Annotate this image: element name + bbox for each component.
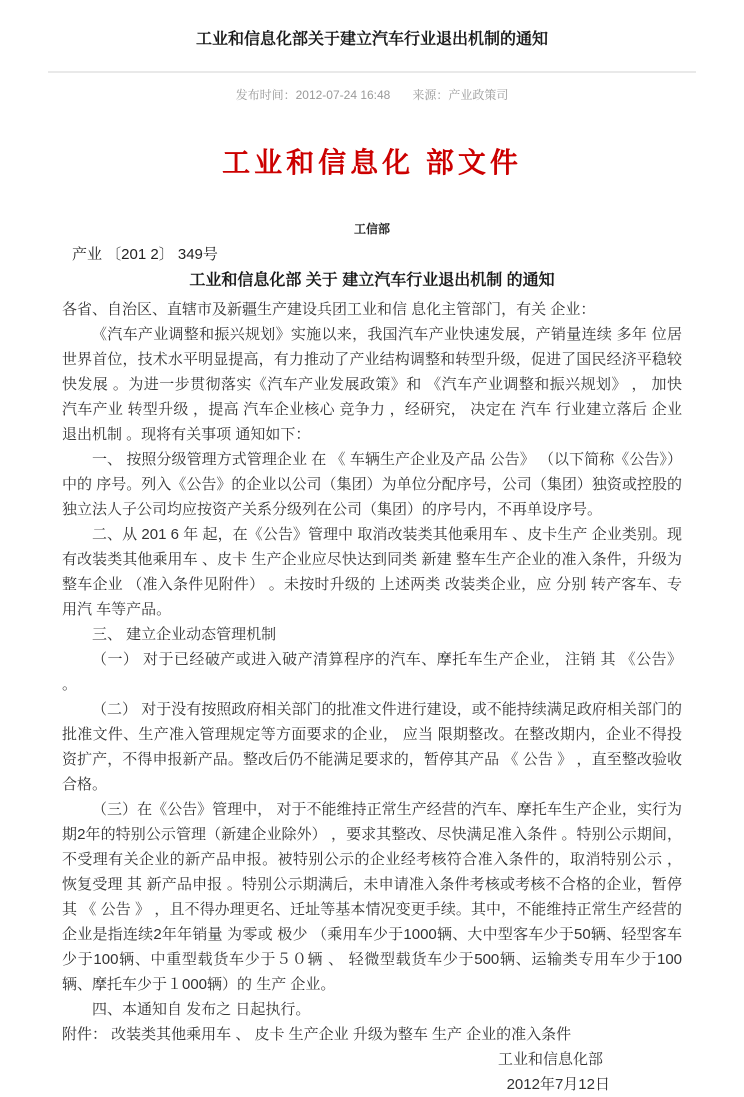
article-page: 工业和信息化部关于建立汽车行业退出机制的通知 发布时间：2012-07-24 1… bbox=[0, 11, 744, 1097]
signature-block: 工业和信息化部 2012年7月12日 bbox=[62, 1047, 682, 1097]
article-meta: 发布时间：2012-07-24 16:48来源：产业政策司 bbox=[0, 73, 744, 103]
paragraph-intro: 《汽车产业调整和振兴规划》实施以来，我国汽车产业快速发展，产销量连续 多年 位居… bbox=[62, 322, 682, 447]
source-value: 产业政策司 bbox=[448, 88, 508, 102]
paragraph-item-3-1: （一） 对于已经破产或进入破产清算程序的汽车、摩托车生产企业， 注销 其 《公告… bbox=[62, 647, 682, 697]
paragraph-item-3-heading: 三、 建立企业动态管理机制 bbox=[62, 622, 682, 647]
document-body: 各省、自治区、直辖市及新疆生产建设兵团工业和信 息化主管部门，有关 企业： 《汽… bbox=[62, 297, 682, 1047]
salutation-line: 各省、自治区、直辖市及新疆生产建设兵团工业和信 息化主管部门，有关 企业： bbox=[62, 297, 682, 322]
agency-short-name: 工信部 bbox=[0, 222, 744, 236]
signature-agency: 工业和信息化部 bbox=[62, 1047, 682, 1072]
publish-time-label: 发布时间： bbox=[236, 88, 296, 102]
source-label: 来源： bbox=[412, 88, 448, 102]
attachment-line: 附件： 改装类其他乘用车 、 皮卡 生产企业 升级为整车 生产 企业的准入条件 bbox=[62, 1022, 682, 1047]
signature-date: 2012年7月12日 bbox=[62, 1072, 682, 1097]
paragraph-item-3-3: （三）在《公告》管理中， 对于不能维持正常生产经营的汽车、摩托车生产企业，实行为… bbox=[62, 797, 682, 997]
document-number: 产业 〔201 2〕 349号 bbox=[72, 246, 744, 264]
publish-time-value: 2012-07-24 16:48 bbox=[296, 88, 391, 102]
document-letterhead: 工业和信息化 部文件 bbox=[0, 147, 744, 179]
paragraph-item-2: 二、从 201 6 年 起，在《公告》管理中 取消改装类其他乘用车 、皮卡生产 … bbox=[62, 522, 682, 622]
paragraph-item-4: 四、本通知自 发布之 日起执行。 bbox=[62, 997, 682, 1022]
page-title: 工业和信息化部关于建立汽车行业退出机制的通知 bbox=[0, 11, 744, 61]
paragraph-item-3-2: （二） 对于没有按照政府相关部门的批准文件进行建设，或不能持续满足政府相关部门的… bbox=[62, 697, 682, 797]
document-title: 工业和信息化部 关于 建立汽车行业退出机制 的通知 bbox=[0, 271, 744, 291]
paragraph-item-1: 一、 按照分级管理方式管理企业 在 《 车辆生产企业及产品 公告》 （以下简称《… bbox=[62, 447, 682, 522]
